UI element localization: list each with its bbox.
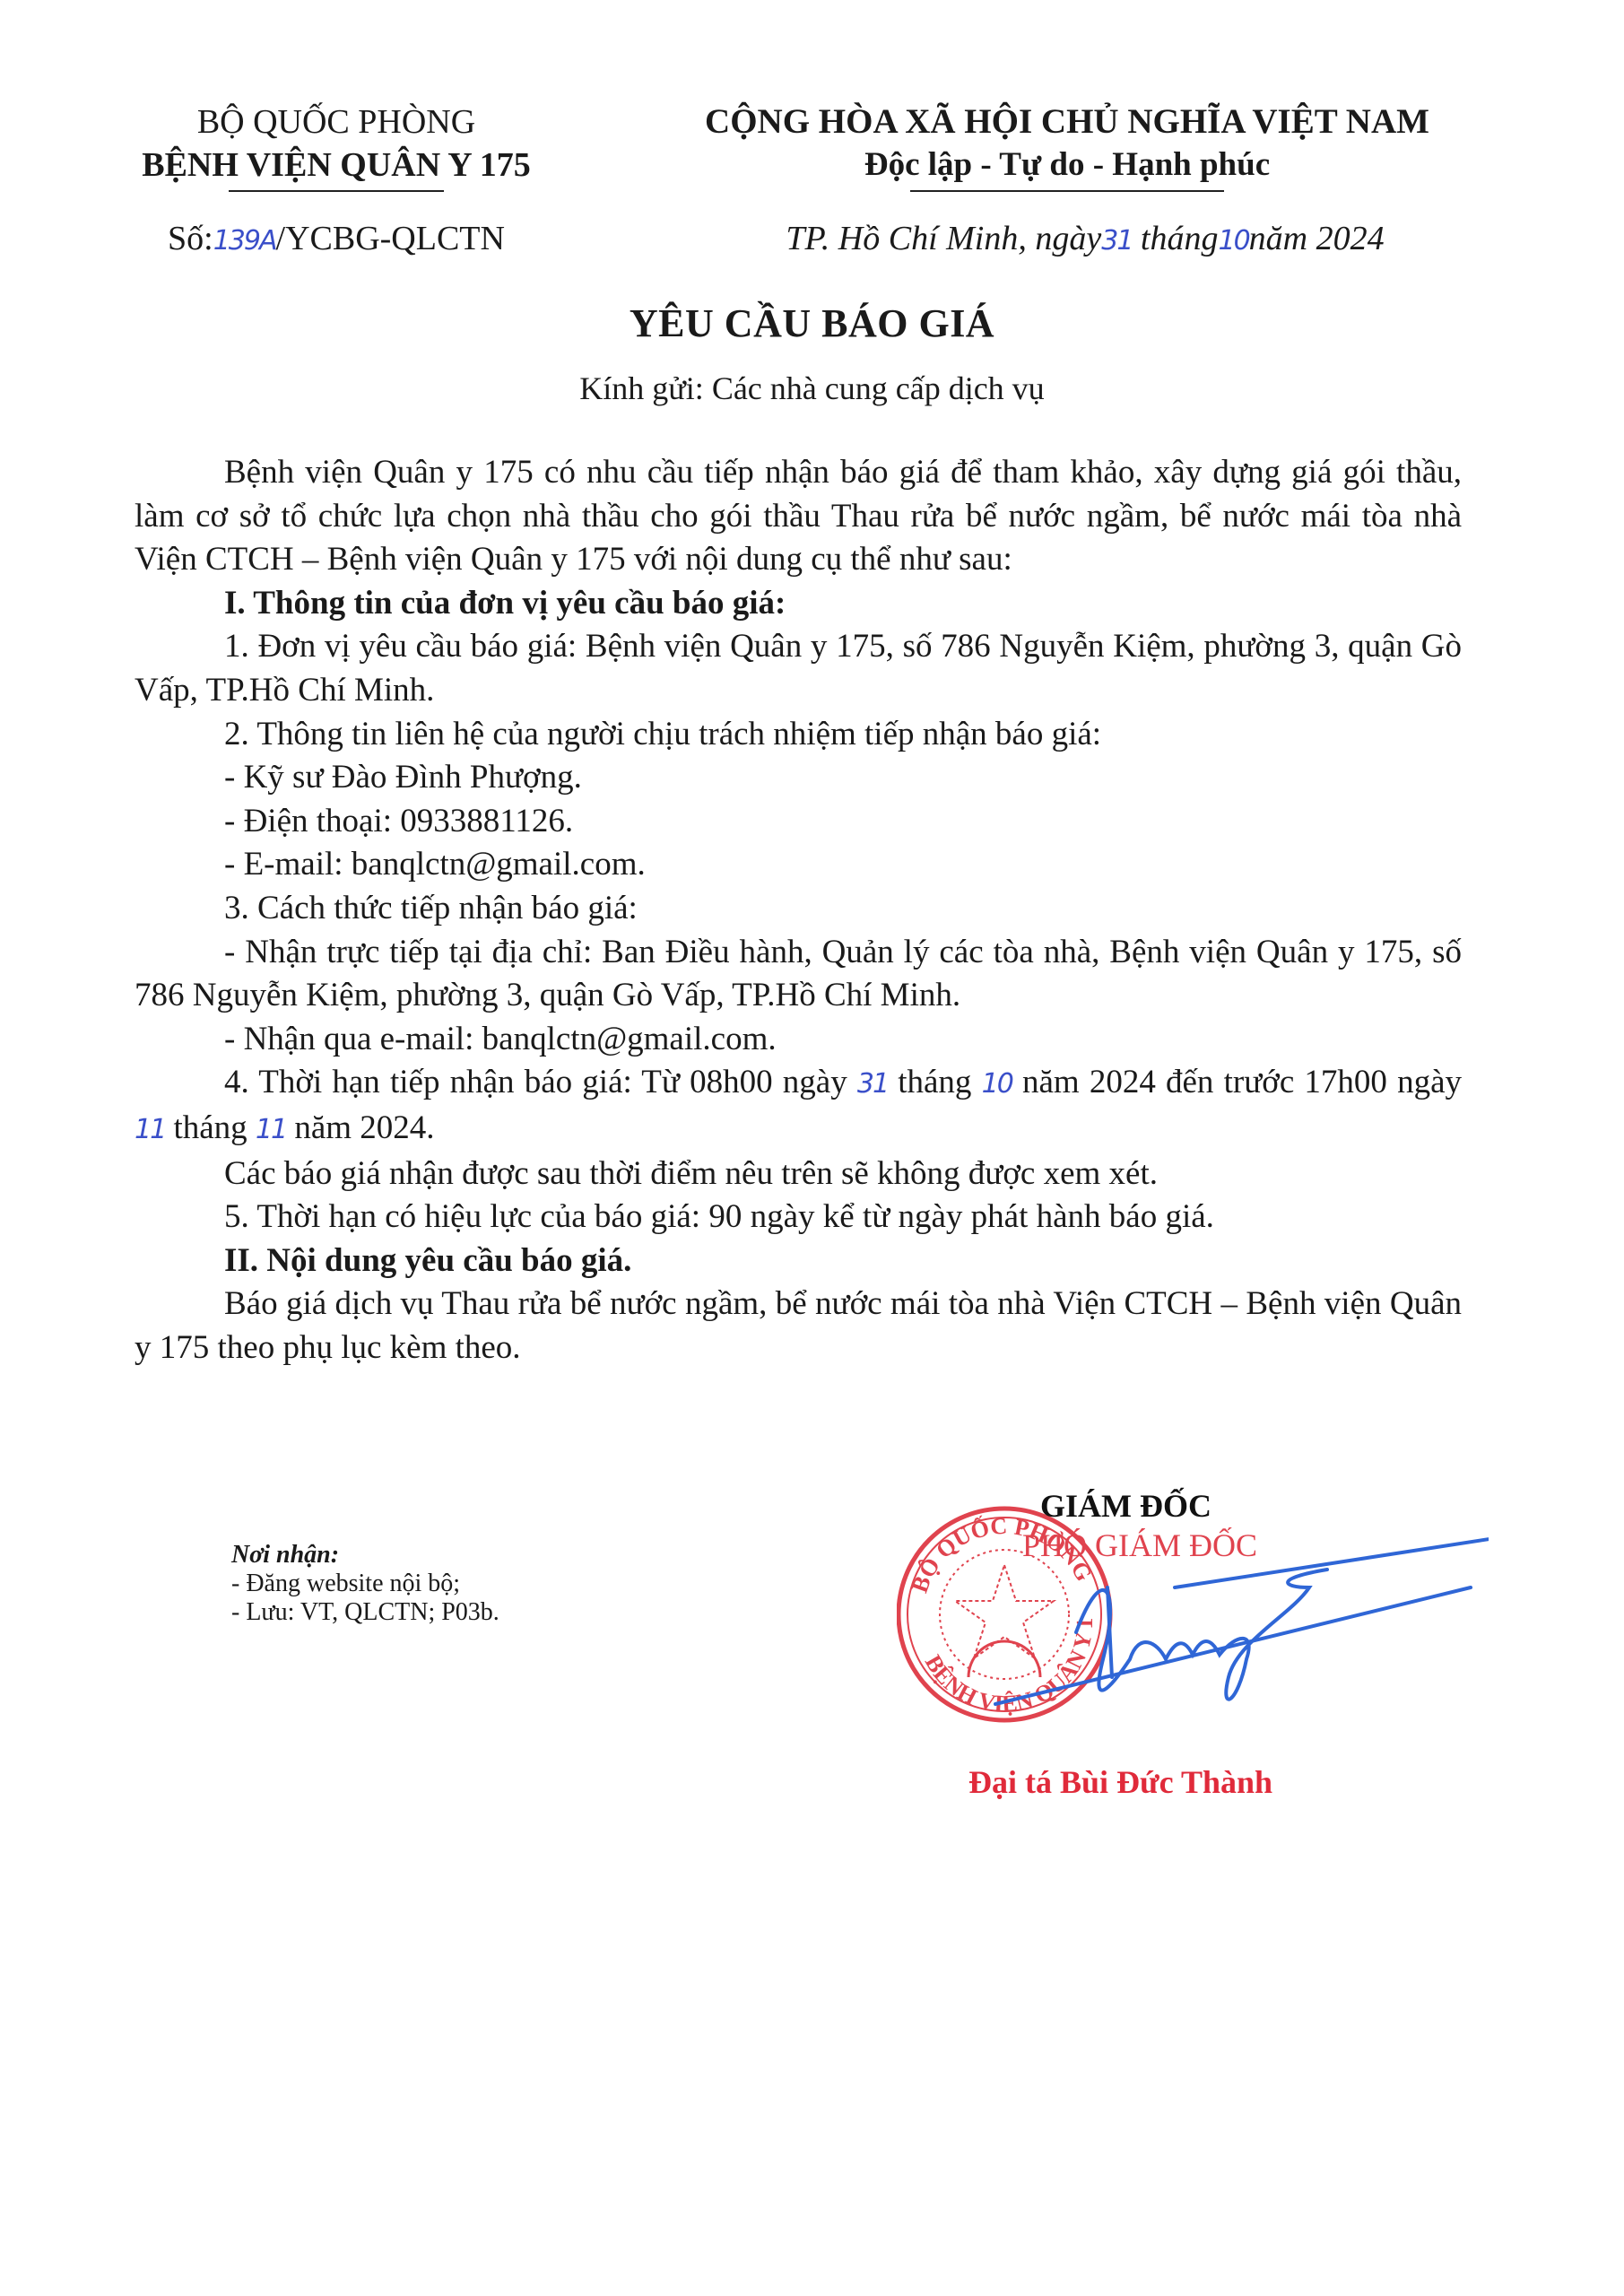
section-1-heading: I. Thông tin của đơn vị yêu cầu báo giá: <box>135 582 1462 626</box>
addressee: Kính gửi: Các nhà cung cấp dịch vụ <box>0 370 1624 407</box>
contact-email: - E-mail: banqlctn@gmail.com. <box>135 843 1462 887</box>
recipient-item: - Đăng website nội bộ; <box>231 1570 499 1598</box>
contact-name: - Kỹ sư Đào Đình Phượng. <box>135 756 1462 800</box>
signatory-name: Đại tá Bùi Đức Thành <box>968 1763 1272 1801</box>
document-date: TP. Hồ Chí Minh, ngày31 tháng10năm 2024 <box>628 217 1507 263</box>
late-note: Các báo giá nhận được sau thời điểm nêu … <box>135 1152 1462 1196</box>
recipient-item: - Lưu: VT, QLCTN; P03b. <box>231 1598 499 1627</box>
national-header-block: CỘNG HÒA XÃ HỘI CHỦ NGHĨA VIỆT NAM Độc l… <box>628 100 1507 263</box>
section-2-heading: II. Nội dung yêu cầu báo giá. <box>135 1239 1462 1283</box>
receive-email: - Nhận qua e-mail: banqlctn@gmail.com. <box>135 1018 1462 1062</box>
handwritten-number: 139A <box>213 225 276 257</box>
item-2: 2. Thông tin liên hệ của người chịu trác… <box>135 713 1462 757</box>
handwritten-day: 31 <box>1101 225 1132 257</box>
handwritten-day-end: 11 <box>135 1114 165 1145</box>
item-3: 3. Cách thức tiếp nhận báo giá: <box>135 887 1462 931</box>
item-5: 5. Thời hạn có hiệu lực của báo giá: 90 … <box>135 1196 1462 1239</box>
country-name: CỘNG HÒA XÃ HỘI CHỦ NGHĨA VIỆT NAM <box>628 100 1507 143</box>
contact-phone: - Điện thoại: 0933881126. <box>135 800 1462 844</box>
signature-block: BỘ QUỐC PHÒNG BỆNH VIỆN QUÂN Y 175 GIÁM … <box>897 1480 1489 1839</box>
document-number: Số:139A/YCBG-QLCTN <box>108 217 565 263</box>
national-motto: Độc lập - Tự do - Hạnh phúc <box>628 143 1507 187</box>
signatory-stamp-role: PHÓ GIÁM ĐỐC <box>1022 1526 1257 1564</box>
ministry-name: BỘ QUỐC PHÒNG <box>108 100 565 143</box>
signatory-role: GIÁM ĐỐC <box>1040 1487 1211 1525</box>
receive-direct: - Nhận trực tiếp tại địa chỉ: Ban Điều h… <box>135 931 1462 1018</box>
document-title: YÊU CẦU BÁO GIÁ <box>0 300 1624 346</box>
recipients-heading: Nơi nhận: <box>231 1541 499 1570</box>
header-divider <box>229 190 444 192</box>
intro-paragraph: Bệnh viện Quân y 175 có nhu cầu tiếp nhậ… <box>135 451 1462 582</box>
recipients-block: Nơi nhận: - Đăng website nội bộ; - Lưu: … <box>231 1541 499 1627</box>
handwritten-month: 10 <box>1218 225 1248 257</box>
section-2-text: Báo giá dịch vụ Thau rửa bể nước ngầm, b… <box>135 1283 1462 1370</box>
document-body: Bệnh viện Quân y 175 có nhu cầu tiếp nhậ… <box>135 451 1462 1370</box>
handwritten-month-end: 11 <box>256 1114 286 1145</box>
hospital-name: BỆNH VIỆN QUÂN Y 175 <box>108 143 565 187</box>
item-1: 1. Đơn vị yêu cầu báo giá: Bệnh viện Quâ… <box>135 625 1462 712</box>
issuing-agency-block: BỘ QUỐC PHÒNG BỆNH VIỆN QUÂN Y 175 Số:13… <box>108 100 565 263</box>
motto-divider <box>910 190 1224 192</box>
item-4: 4. Thời hạn tiếp nhận báo giá: Từ 08h00 … <box>135 1061 1462 1152</box>
handwritten-day-start: 31 <box>857 1068 888 1100</box>
handwritten-month-start: 10 <box>982 1068 1012 1100</box>
